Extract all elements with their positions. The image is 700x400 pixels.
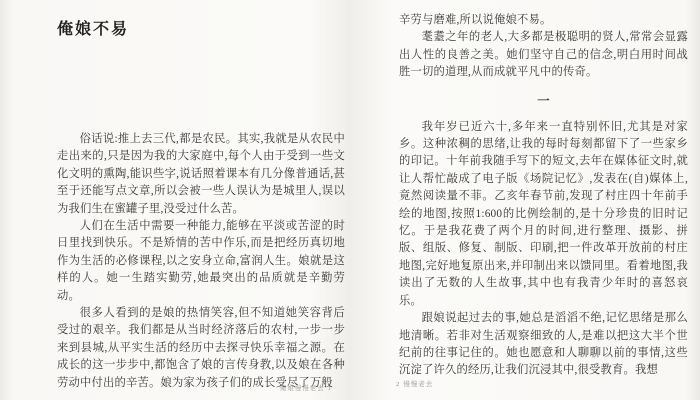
- continuation-line: 辛劳与磨难,所以说俺娘不易。: [399, 12, 688, 29]
- chapter-title: 俺娘不易: [57, 0, 345, 39]
- left-running-footer: 俺娘慢慢老去1: [280, 383, 335, 392]
- body-paragraph: 我年岁已近六十,多年来一直特别怀旧,尤其是对家乡。这种浓稠的思绪,让我的每时每刻…: [399, 119, 688, 310]
- right-page: 辛劳与磨难,所以说俺娘不易。 耄耋之年的老人,大多都是极聪明的贤人,常常会显露出…: [399, 0, 688, 400]
- right-running-footer: 2慢慢老去: [393, 379, 433, 388]
- body-paragraph: 俗话说:推上去三代,都是农民。其实,我就是从农民中走出来的,只是因为我的大家庭中…: [57, 131, 345, 218]
- left-page-body: 俗话说:推上去三代,都是农民。其实,我就是从农民中走出来的,只是因为我的大家庭中…: [57, 131, 345, 392]
- body-paragraph: 跟娘说起过去的事,她总是滔滔不绝,记忆思绪是那么地清晰。若非对生活观察细致的人,…: [399, 310, 688, 380]
- body-paragraph: 耄耋之年的老人,大多都是极聪明的贤人,常常会显露出人性的良善之美。她们坚守自己的…: [399, 29, 688, 81]
- left-page: 俺娘不易 俗话说:推上去三代,都是农民。其实,我就是从农民中走出来的,只是因为我…: [57, 0, 345, 400]
- section-number: 一: [399, 91, 688, 109]
- running-title: 慢慢老去: [403, 381, 433, 388]
- page-number: 1: [328, 385, 332, 392]
- page-number: 2: [396, 381, 400, 388]
- running-title: 俺娘慢慢老去: [280, 385, 325, 392]
- body-paragraph: 人们在生活中需要一种能力,能够在平淡或苦涩的时日里找到快乐。不是矫情的苦中作乐,…: [57, 218, 345, 305]
- right-page-body: 辛劳与磨难,所以说俺娘不易。 耄耋之年的老人,大多都是极聪明的贤人,常常会显露出…: [399, 0, 688, 380]
- body-paragraph: 很多人看到的是娘的热情笑容,但不知道她笑容背后受过的艰辛。我们都是从当时经济落后…: [57, 305, 345, 392]
- book-spread: 俺娘不易 俗话说:推上去三代,都是农民。其实,我就是从农民中走出来的,只是因为我…: [0, 0, 700, 400]
